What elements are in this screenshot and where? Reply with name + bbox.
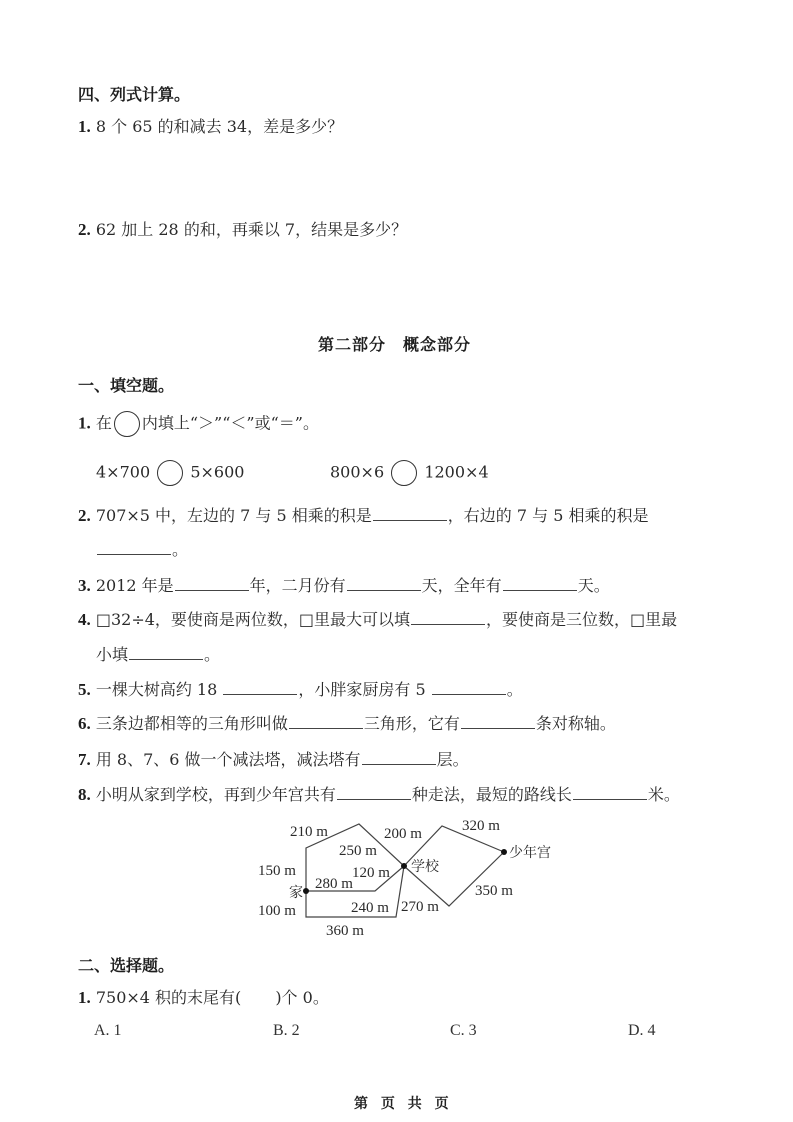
question-text: 750×4 积的末尾有( [96,988,241,1007]
label-250: 250 m [339,843,377,859]
option-d[interactable]: D. 4 [628,1022,656,1040]
option-b[interactable]: B. 2 [273,1022,300,1040]
label-280: 280 m [315,876,353,892]
label-320: 320 m [462,818,500,834]
label-270: 270 m [401,899,439,915]
choice-question-1: 1. 750×4 积的末尾有()个 0。 [78,988,329,1008]
school-dot-icon [401,863,407,869]
option-c[interactable]: C. 3 [450,1022,477,1040]
label-350: 350 m [475,883,513,899]
place-home: 家 [289,885,303,901]
question-number: 1. [78,988,91,1007]
section-heading-choice: 二、选择题。 [78,953,174,976]
home-dot-icon [303,888,309,894]
label-200: 200 m [384,826,422,842]
palace-dot-icon [501,849,507,855]
question-text: )个 0。 [275,988,329,1007]
option-a[interactable]: A. 1 [94,1022,122,1040]
label-100: 100 m [258,903,296,919]
place-school: 学校 [411,858,440,875]
label-150: 150 m [258,863,296,879]
page-footer: 第 页 共 页 [354,1093,453,1113]
label-360: 360 m [326,923,364,939]
label-120: 120 m [352,865,390,881]
label-210: 210 m [290,824,328,840]
place-palace: 少年宫 [509,844,551,861]
label-240: 240 m [351,900,389,916]
